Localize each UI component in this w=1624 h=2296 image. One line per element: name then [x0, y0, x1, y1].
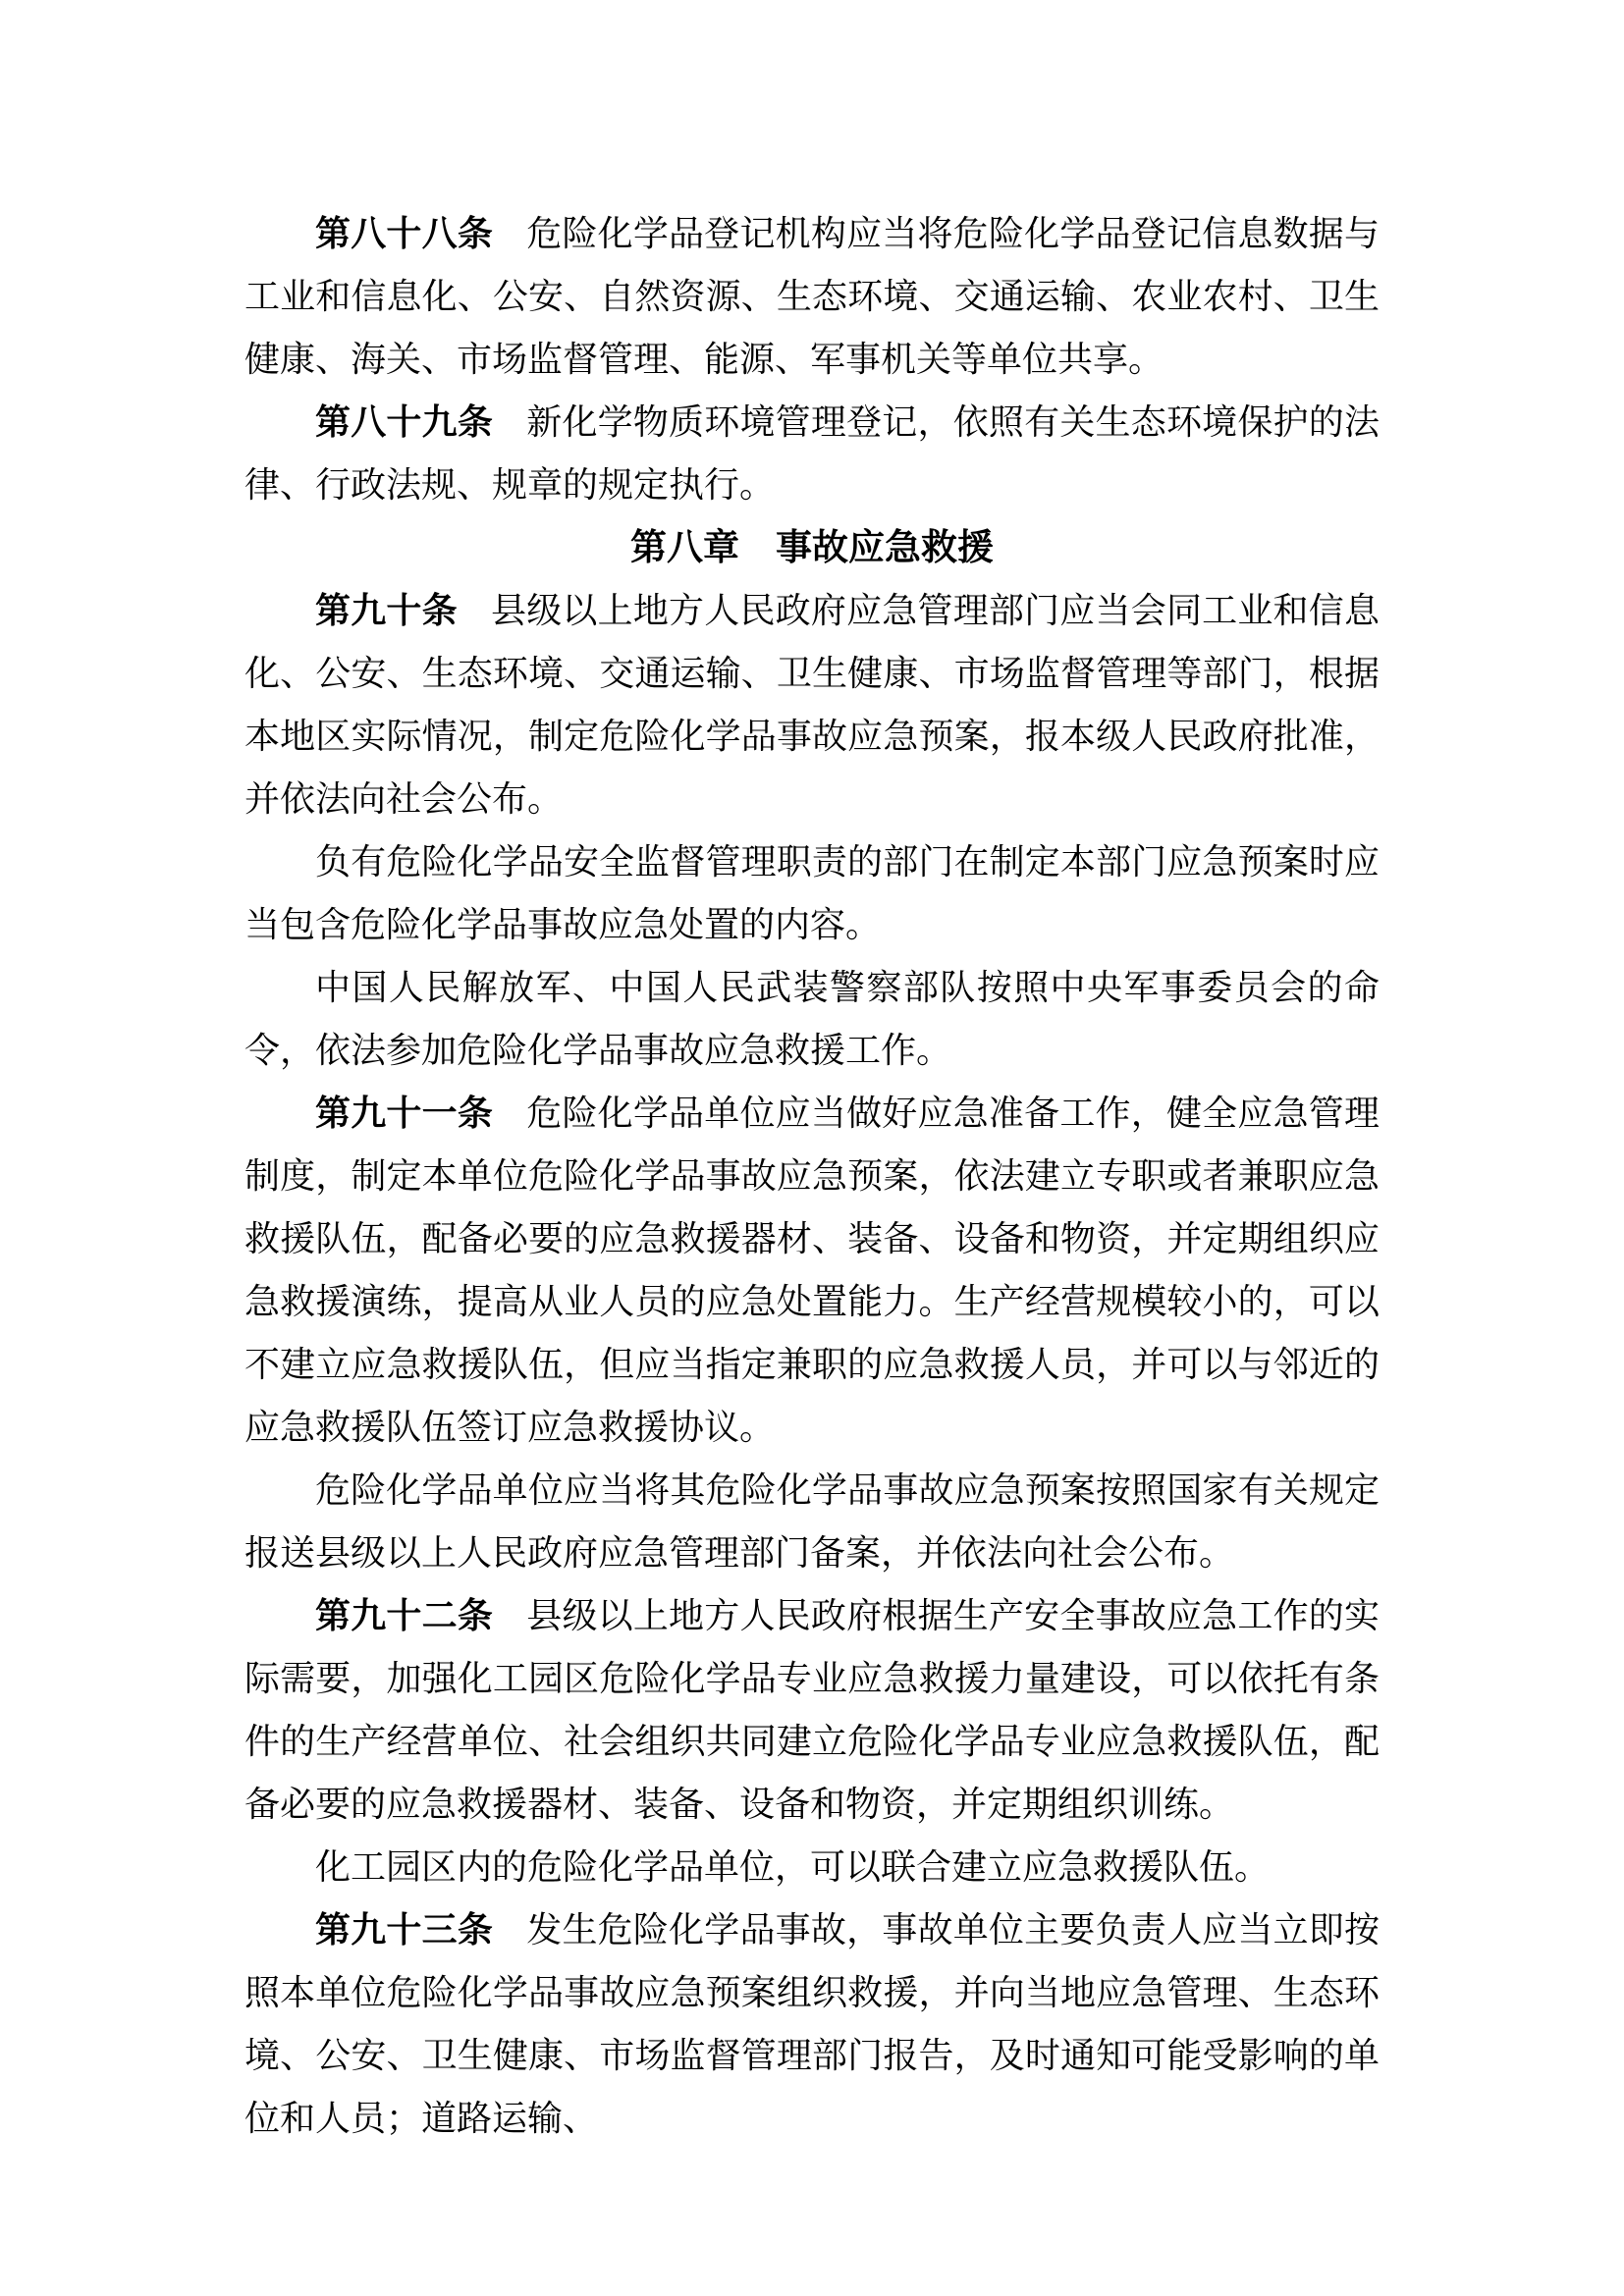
- document-page: 第八十八条危险化学品登记机构应当将危险化学品登记信息数据与工业和信息化、公安、自…: [0, 0, 1624, 2296]
- article-91-continuation-1-text: 危险化学品单位应当将其危险化学品事故应急预案按照国家有关规定报送县级以上人民政府…: [244, 1470, 1380, 1573]
- article-91-text: 危险化学品单位应当做好应急准备工作，健全应急管理制度，制定本单位危险化学品事故应…: [244, 1094, 1380, 1447]
- article-92-paragraph: 第九十二条县级以上地方人民政府根据生产安全事故应急工作的实际需要，加强化工园区危…: [244, 1584, 1380, 1836]
- article-90-continuation-1-text: 负有危险化学品安全监督管理职责的部门在制定本部门应急预案时应当包含危险化学品事故…: [244, 842, 1380, 944]
- article-90-continuation-2-text: 中国人民解放军、中国人民武装警察部队按照中央军事委员会的命令，依法参加危险化学品…: [244, 968, 1380, 1070]
- article-91-number: 第九十一条: [315, 1093, 493, 1133]
- article-89-paragraph: 第八十九条新化学物质环境管理登记，依照有关生态环境保护的法律、行政法规、规章的规…: [244, 391, 1380, 516]
- article-92-continuation-1: 化工园区内的危险化学品单位，可以联合建立应急救援队伍。: [244, 1836, 1380, 1898]
- article-90-continuation-1: 负有危险化学品安全监督管理职责的部门在制定本部门应急预案时应当包含危险化学品事故…: [244, 830, 1380, 956]
- article-92-continuation-1-text: 化工园区内的危险化学品单位，可以联合建立应急救援队伍。: [315, 1847, 1270, 1887]
- article-88-number: 第八十八条: [315, 213, 493, 253]
- document-text-block: 第八十八条危险化学品登记机构应当将危险化学品登记信息数据与工业和信息化、公安、自…: [244, 202, 1380, 2150]
- article-91-continuation-1: 危险化学品单位应当将其危险化学品事故应急预案按照国家有关规定报送县级以上人民政府…: [244, 1459, 1380, 1584]
- article-93-paragraph: 第九十三条发生危险化学品事故，事故单位主要负责人应当立即按照本单位危险化学品事故…: [244, 1898, 1380, 2150]
- article-89-number: 第八十九条: [315, 401, 493, 442]
- article-92-number: 第九十二条: [315, 1595, 493, 1635]
- article-93-number: 第九十三条: [315, 1909, 493, 1949]
- article-90-paragraph: 第九十条县级以上地方人民政府应急管理部门应当会同工业和信息化、公安、生态环境、交…: [244, 579, 1380, 830]
- article-90-number: 第九十条: [315, 590, 458, 630]
- article-91-paragraph: 第九十一条危险化学品单位应当做好应急准备工作，健全应急管理制度，制定本单位危险化…: [244, 1082, 1380, 1459]
- chapter-heading: 第八章 事故应急救援: [244, 516, 1380, 579]
- article-90-continuation-2: 中国人民解放军、中国人民武装警察部队按照中央军事委员会的命令，依法参加危险化学品…: [244, 956, 1380, 1082]
- article-88-paragraph: 第八十八条危险化学品登记机构应当将危险化学品登记信息数据与工业和信息化、公安、自…: [244, 202, 1380, 391]
